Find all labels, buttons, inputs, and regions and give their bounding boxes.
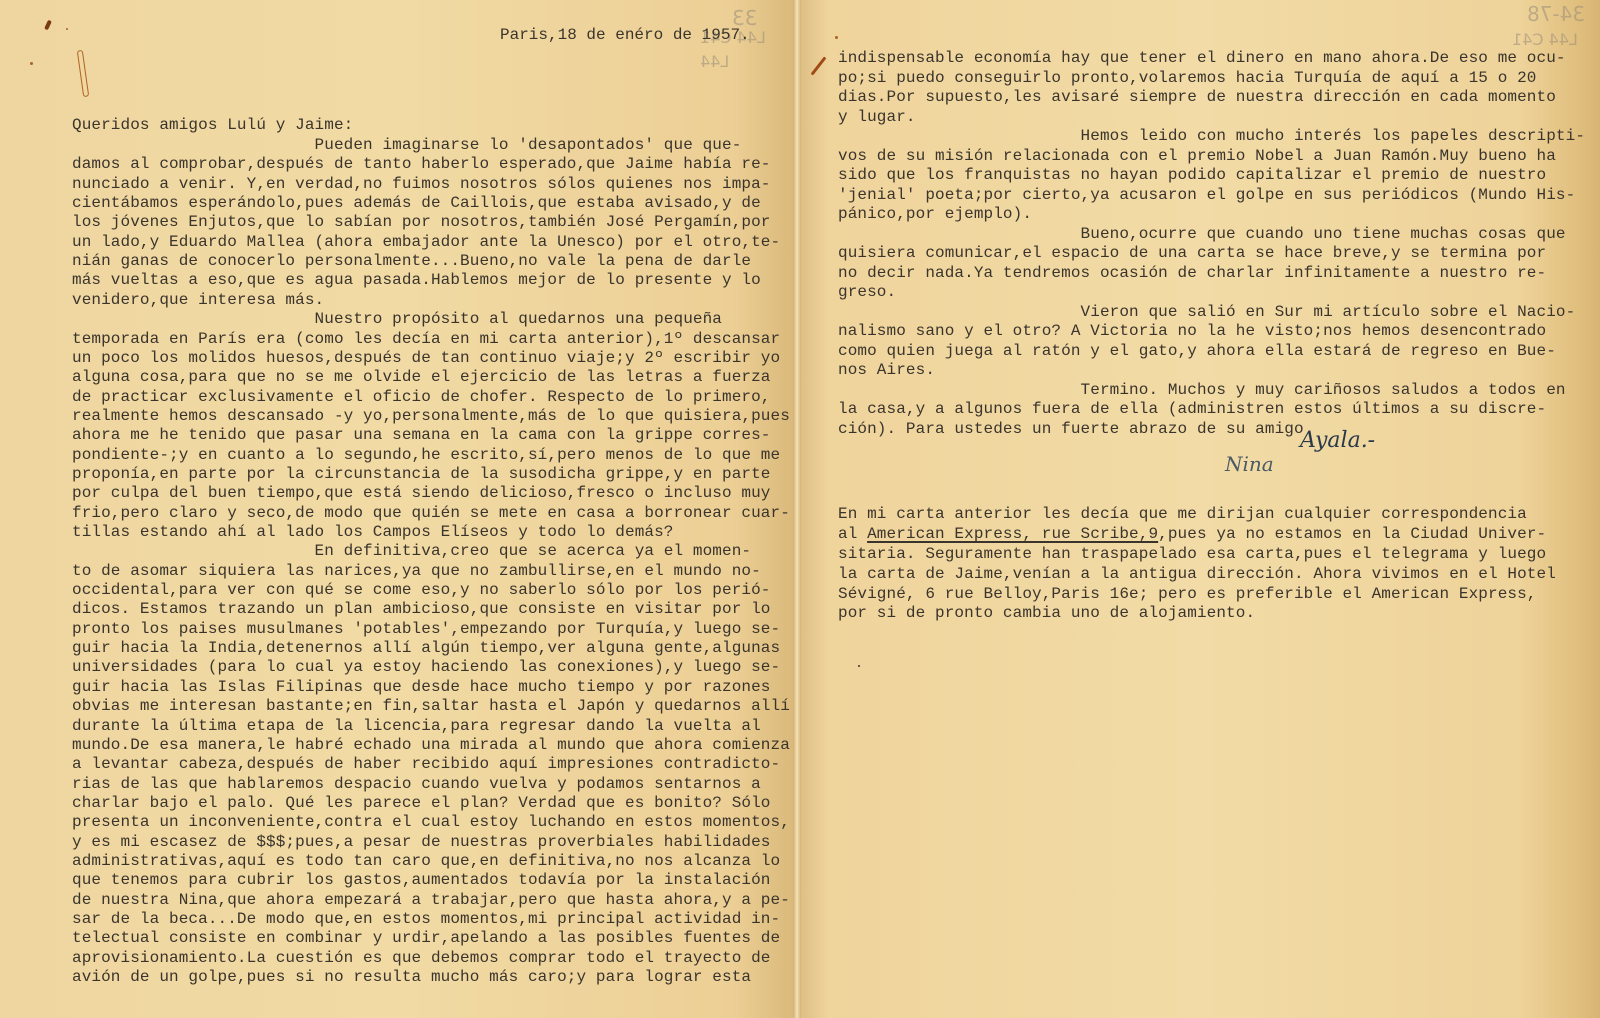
typed-line: vos de su misión relacionada con el prem… [838, 147, 1556, 166]
typed-line: telectual consiste en combinar y urdir,a… [72, 929, 780, 948]
typed-line: por si de pronto cambia uno de alojamien… [838, 604, 1255, 623]
typed-line: un lado,y Eduardo Mallea (ahora embajado… [72, 233, 780, 252]
typed-line: alguna cosa,para que no se me olvide el … [72, 368, 771, 387]
typed-line: ahora me he tenido que pasar una semana … [72, 426, 771, 445]
letter-date: Paris,18 de enéro de 1957. [500, 26, 750, 44]
postscript-line: En mi carta anterior les decía que me di… [838, 505, 1527, 524]
typed-line: avión de un golpe,pues si no resulta muc… [72, 968, 751, 987]
typed-line: damos al comprobar,después de tanto habe… [72, 155, 771, 174]
paperclip-rust-mark [77, 50, 89, 97]
typed-line: temporada en París era (como les decía e… [72, 330, 780, 349]
signature-ayala: Ayala.- [1300, 428, 1375, 453]
typed-line: Termino. Muchos y muy cariñosos saludos … [838, 381, 1566, 400]
typed-line: nunciado a venir. Y,en verdad,no fuimos … [72, 175, 771, 194]
typed-line: dias.Por supuesto,les avisaré siempre de… [838, 88, 1556, 107]
typed-line: 'jenial' poeta;por cierto,ya acusaron el… [838, 186, 1575, 205]
archive-reference-mark: L44 C41 [1512, 30, 1578, 49]
typed-line: nos Aires. [838, 361, 935, 380]
typed-line: to de asomar siquiera las narices,ya que… [72, 562, 761, 581]
letter-page-right: 34-78 L44 C41 indispensable economía hay… [797, 0, 1600, 1018]
typed-line: nián ganas de conocerlo personalmente...… [72, 252, 751, 271]
typed-line: Hemos leido con mucho interés los papele… [838, 127, 1585, 146]
typed-line: cientábamos esperándolo,pues además de C… [72, 194, 761, 213]
salutation: Queridos amigos Lulú y Jaime: [72, 116, 353, 135]
typed-line: la carta de Jaime,venían a la antigua di… [838, 565, 1556, 584]
address-american-express: American Express, rue Scribe,9 [867, 525, 1158, 543]
typed-line: tillas estando ahí al lado los Campos El… [72, 523, 674, 542]
typed-line: Pueden imaginarse lo 'desapontados' que … [72, 136, 741, 155]
letter-page-left: 33 L44 C41 L44 Paris,18 de enéro de 1957… [0, 0, 797, 1018]
typed-line: rias de las que hablaremos despacio cuan… [72, 775, 761, 794]
rust-speck [30, 62, 33, 65]
typed-line: guir hacia la India,detenernos allí algú… [72, 639, 780, 658]
typed-line: sar de la beca...De modo que,en estos mo… [72, 910, 780, 929]
typed-line: los jóvenes Enjutos,que lo sabían por no… [72, 213, 771, 232]
typed-line: no decir nada.Ya tendremos ocasión de ch… [838, 264, 1546, 283]
archive-reference-mark-2: L44 [700, 52, 729, 71]
typed-line: charlar bajo el palo. Qué les parece el … [72, 794, 771, 813]
typed-line: venidero,que interesa más. [72, 291, 324, 310]
postscript-text: al [838, 525, 867, 543]
typed-line: que tenemos para cubrir los gastos,aumen… [72, 871, 771, 890]
typed-line: sido que los franquistas no hayan podido… [838, 166, 1546, 185]
typed-line: aprovisionamiento.La cuestión es que deb… [72, 949, 771, 968]
typed-line: por culpa del buen tiempo,que está siend… [72, 484, 771, 503]
typed-line: a levantar cabeza,después de haber recib… [72, 755, 780, 774]
typed-line: quisiera comunicar,el espacio de una car… [838, 244, 1546, 263]
typed-line: dicos. Estamos trazando un plan ambicios… [72, 600, 771, 619]
rust-speck [66, 28, 68, 30]
typed-line: occidental,para ver con qué se come eso,… [72, 581, 771, 600]
typed-line: durante la última etapa de la licencia,p… [72, 717, 761, 736]
typed-line: pánico,por ejemplo). [838, 205, 1032, 224]
typed-line: universidades (para lo cual ya estoy hac… [72, 658, 780, 677]
rust-stain-mark [811, 56, 827, 75]
typed-line: frio,pero claro y seco,de modo que quién… [72, 504, 790, 523]
postscript-line: al American Express, rue Scribe,9,pues y… [838, 525, 1546, 544]
archive-number-mark: 34-78 [1527, 2, 1585, 26]
typed-line: como quien juega al ratón y el gato,y ah… [838, 342, 1556, 361]
typed-line: proponía,en parte por la circunstancia d… [72, 465, 771, 484]
typed-line: la casa,y a algunos fuera de ella (admin… [838, 400, 1546, 419]
typed-line: realmente hemos descansado -y yo,persona… [72, 407, 790, 426]
typed-line: presenta un inconveniente,contra el cual… [72, 813, 790, 832]
typed-line: y lugar. [838, 108, 916, 127]
typed-line: sitaria. Seguramente han traspapelado es… [838, 545, 1546, 564]
typed-line: En definitiva,creo que se acerca ya el m… [72, 542, 751, 561]
typed-line: de nuestra Nina,que ahora empezará a tra… [72, 891, 790, 910]
typed-line: ción). Para ustedes un fuerte abrazo de … [838, 420, 1304, 439]
typed-line: obvias me interesan bastante;en fin,salt… [72, 697, 790, 716]
typed-line: pronto los paises musulmanes 'potables',… [72, 620, 780, 639]
typed-line: administrativas,aquí es todo tan caro qu… [72, 852, 780, 871]
typed-line: Bueno,ocurre que cuando uno tiene muchas… [838, 225, 1566, 244]
typed-line: nalismo sano y el otro? A Victoria no la… [838, 322, 1546, 341]
typed-line: de practicar exclusivamente el oficio de… [72, 388, 771, 407]
page-fold-gutter [793, 0, 801, 1018]
typed-line: guir hacia las Islas Filipinas que desde… [72, 678, 771, 697]
typed-line: pondiente-;y en cuanto a lo segundo,he e… [72, 446, 780, 465]
typed-line: Nuestro propósito al quedarnos una peque… [72, 310, 722, 329]
rust-stain-mark [44, 20, 52, 31]
typed-line: un poco los molidos huesos,después de ta… [72, 349, 780, 368]
typed-line: Vieron que salió en Sur mi artículo sobr… [838, 303, 1575, 322]
postscript-text: ,pues ya no estamos en la Ciudad Univer- [1158, 525, 1546, 543]
typed-line: y es mi escasez de $$$;pues,a pesar de n… [72, 833, 771, 852]
typed-line: indispensable economía hay que tener el … [838, 49, 1566, 68]
typed-line: Sévigné, 6 rue Belloy,Paris 16e; pero es… [838, 585, 1537, 604]
typed-line: más vueltas a eso,que es agua pasada.Hab… [72, 271, 761, 290]
typed-line: mundo.De esa manera,le habré echado una … [72, 736, 790, 755]
typed-line: po;si puedo conseguirlo pronto,volaremos… [838, 69, 1537, 88]
ink-dot [858, 665, 860, 667]
typed-line: greso. [838, 283, 896, 302]
signature-nina: Nina [1225, 452, 1274, 476]
rust-speck [835, 36, 838, 39]
